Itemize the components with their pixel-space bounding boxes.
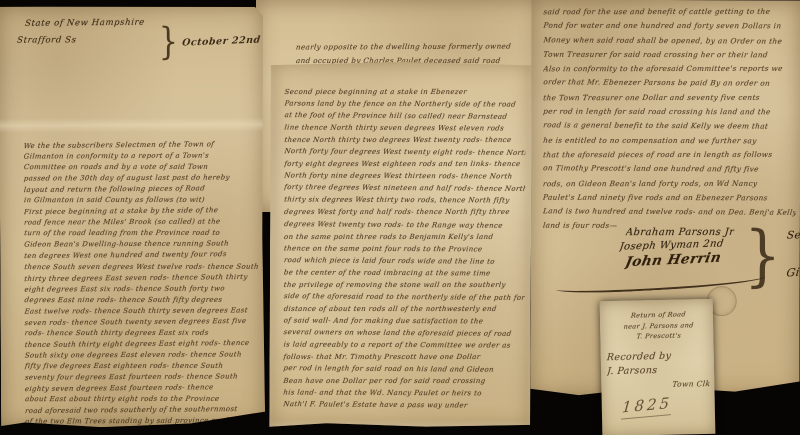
signature-brace: } [744,222,781,289]
manuscript-line: on Timothy Prescott's land one hundred a… [542,162,797,178]
state-heading: State of New Hampshire [24,18,145,30]
manuscript-line: thence South seven degrees West twelve r… [24,261,259,272]
manuscript-line: per rod in length for said road on his l… [283,362,525,376]
manuscript-line: order that Mr. Ebenezer Parsons be paid … [542,76,797,92]
manuscript-line: Town Treasurer for said road crossing he… [543,48,798,63]
manuscript-line: road is a general benefit to the said Ke… [542,119,797,135]
docket-recorded: Recorded byJ. ParsonsTown Clk [607,349,711,393]
manuscript-line: T. Prescott's [610,330,708,342]
manuscript-line: John Herrin [624,250,723,272]
manuscript-line: follows- that Mr. Timothy Prescott have … [283,351,525,363]
left-page-header: State of New Hampshire Strafford Ss } Oc… [25,17,257,60]
county-heading: Strafford Ss [17,35,146,47]
manuscript-line: the privilege of removing the stone wall… [283,279,525,291]
signature-flourish [556,271,766,295]
manuscript-line: Gilmanton [785,260,800,282]
scanned-manuscript: State of New Hampshire Strafford Ss } Oc… [0,0,800,435]
manuscript-line: is laid agreeably to a report of the Com… [283,338,525,351]
manuscript-line: forty eight degrees West eighteen rods a… [284,158,526,170]
manuscript-line: thence on the same point four rods to th… [283,242,525,255]
right-page-text: said road for the use and benefit of cat… [543,5,797,234]
manuscript-line: degrees East nine rods- thence South fif… [24,294,259,305]
manuscript-line: side of the aforesaid road to the northe… [283,290,525,304]
manuscript-line: Town Clk [607,377,711,393]
manuscript-line: Money when said road shall be opened, by… [543,33,798,49]
header-place-block: State of New Hampshire Strafford Ss [25,18,145,47]
manuscript-line: degrees West forty and half rods- thence… [283,206,525,218]
page-center-main: Second piece beginning at a stake in Ebe… [269,61,532,428]
manuscript-line: South sixty one degrees East eleven rods… [24,349,259,361]
manuscript-line: be the center of the road imbracing at t… [283,266,525,279]
manuscript-line: on the same point three rods to Benjamin… [283,231,525,243]
manuscript-line: road which piece is laid four rods wide … [283,254,525,268]
manuscript-line: nearly opposite to the dwelling house fo… [295,39,532,54]
signature-block: Abraham Parsons JrJoseph Wyman 2ndJohn H… [626,226,800,285]
manuscript-line: line thence North thirty seven degrees W… [284,122,526,135]
manuscript-line: rods, on Gideon Bean's land forty rods, … [542,176,797,191]
docket-year: 1825 [621,394,673,420]
manuscript-line: Nath'l F. Paulet's Estate have a pass wa… [283,398,525,412]
header-brace: } [159,22,178,65]
manuscript-line: eight degrees East six rods- thence Sout… [24,283,259,295]
manuscript-line: he is entitled to no compensation and we… [542,133,797,148]
manuscript-line: of the two Elm Trees standing by said pr… [25,416,260,428]
manuscript-line: Second piece beginning at a stake in Ebe… [284,86,526,98]
manuscript-line: distance of about ten rods all of the no… [283,303,525,315]
manuscript-line: fifty five degrees East eighteen rods- t… [24,361,259,372]
manuscript-line: Paulet's Land ninety five rods and on Eb… [542,191,797,206]
signature-role: SelectmenofGilmanton [787,226,800,280]
manuscript-line: Pond for water and one hundred and forty… [543,19,798,34]
manuscript-line: said road for the use and benefit of cat… [543,5,798,20]
manuscript-line: Selectmen [786,226,800,244]
manuscript-line: the Town Treasurer one Dollar and sevent… [542,91,797,106]
manuscript-line: that the aforesaid pieces of road are in… [542,148,797,163]
manuscript-line: degrees West twenty two rods- to the Ran… [283,218,525,232]
manuscript-line: ten degrees West one hundred and twenty … [24,249,259,262]
left-page-text: We the the subscribers Selectmen of the … [24,139,260,427]
page-left: State of New Hampshire Strafford Ss } Oc… [0,5,265,427]
center-main-text: Second piece beginning at a stake in Ebe… [283,85,525,411]
docket-title: Return of Roadnear J. Parsons andT. Pres… [610,309,708,343]
manuscript-line: Bean have one Dollar per rod for said ro… [283,375,525,387]
docket-panel: Return of Roadnear J. Parsons andT. Pres… [600,299,716,435]
signature-names: Abraham Parsons JrJoseph Wyman 2ndJohn H… [626,226,734,269]
